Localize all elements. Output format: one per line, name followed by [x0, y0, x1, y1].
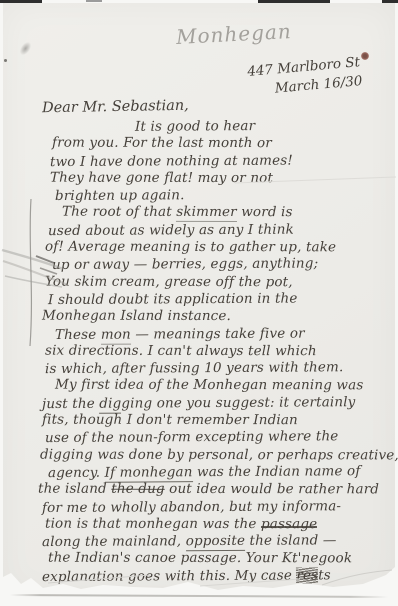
line-text: tion is that monhegan was the [45, 515, 261, 531]
scan-edge-artifact [258, 0, 330, 3]
salutation: Dear Mr. Sebastian, [42, 98, 189, 117]
letter-body: It is good to hear from you. For the las… [40, 118, 398, 585]
line-text: — meanings take five or [131, 325, 305, 342]
letter-line: My first idea of the Monhegan meaning wa… [55, 377, 398, 395]
scan-edge-artifact [382, 0, 398, 3]
letter-line: The root of that skimmer word is [62, 204, 398, 222]
letter-line: two I have done nothing at names! [50, 152, 398, 171]
letter-line: the Indian's canoe passage. Your Kt'nego… [48, 550, 398, 568]
line-text: The root of that [62, 204, 176, 220]
letter-line: digging was done by personal, or perhaps… [40, 446, 398, 464]
letter-line: I should doubt its application in the [48, 290, 398, 309]
line-text: explanation goes with this. My case [42, 567, 296, 585]
letter-line: use of the noun-form excepting where the [45, 428, 398, 447]
line-text: just the [42, 395, 99, 411]
ink-speck [4, 59, 7, 62]
line-text: the island — [245, 532, 336, 549]
letter-line: of! Average meaning is to gather up, tak… [45, 239, 398, 257]
line-text: agency. [48, 465, 105, 481]
letter-line: brighten up again. [55, 186, 398, 205]
line-text: along the mainland, [42, 533, 186, 550]
letter-line: These mon — meanings take five or [55, 325, 398, 344]
line-text: out idea would be rather hard [165, 481, 379, 497]
line-text: was the Indian name of [192, 463, 360, 480]
letter-line: fits, though I don't remember Indian [42, 412, 398, 430]
line-text: ts [318, 567, 331, 583]
letter-line: along the mainland, opposite the island … [42, 532, 398, 551]
struck-out-words: the dug [111, 481, 164, 497]
letter-line: agency. If monhegan was the Indian name … [48, 463, 398, 482]
letter-line: tion is that monhegan was the passage [45, 515, 398, 533]
scan-edge-artifact [86, 0, 102, 2]
letter-line: just the digging one you suggest: it cer… [42, 394, 398, 413]
line-text: the island [38, 481, 111, 497]
letter-line: six directions. I can't always tell whic… [45, 342, 398, 360]
letter-line: the island the dug out idea would be rat… [38, 481, 398, 499]
letter-line: It is good to hear [135, 117, 398, 136]
marked-word: passage [261, 516, 317, 532]
scan-edge-artifact [0, 0, 42, 3]
line-text: ging one you suggest: it certainly [121, 394, 355, 411]
torn-edge-shadow [10, 594, 388, 598]
underlined-word: opposite [186, 533, 246, 551]
stain-dot [361, 52, 369, 60]
line-text: These [55, 326, 101, 342]
letter-line: They have gone flat! may or not [50, 170, 398, 188]
underlined-word: skimmer [176, 204, 237, 222]
letter-line: for me to wholly abandon, but my informa… [42, 497, 398, 516]
underlined-word: mon [101, 326, 131, 344]
scribbled-out-letters: res [296, 567, 318, 583]
letter-line: Monhegan Island instance. [42, 308, 398, 326]
letter-line: is which, after fussing 10 years with th… [45, 359, 398, 378]
letter-line: You skim cream, grease off the pot, [45, 273, 398, 291]
scanned-letter: Monhegan 447 Marlboro St March 16/30 Dea… [0, 0, 398, 606]
letter-line: up or away — berries, eggs, anything; [52, 255, 398, 274]
letter-line: explanation goes with this. My case rest… [42, 567, 398, 586]
letter-line: used about as widely as any I think [48, 221, 398, 240]
line-text: word is [237, 204, 293, 220]
letter-line: from you. For the last month or [52, 135, 398, 153]
